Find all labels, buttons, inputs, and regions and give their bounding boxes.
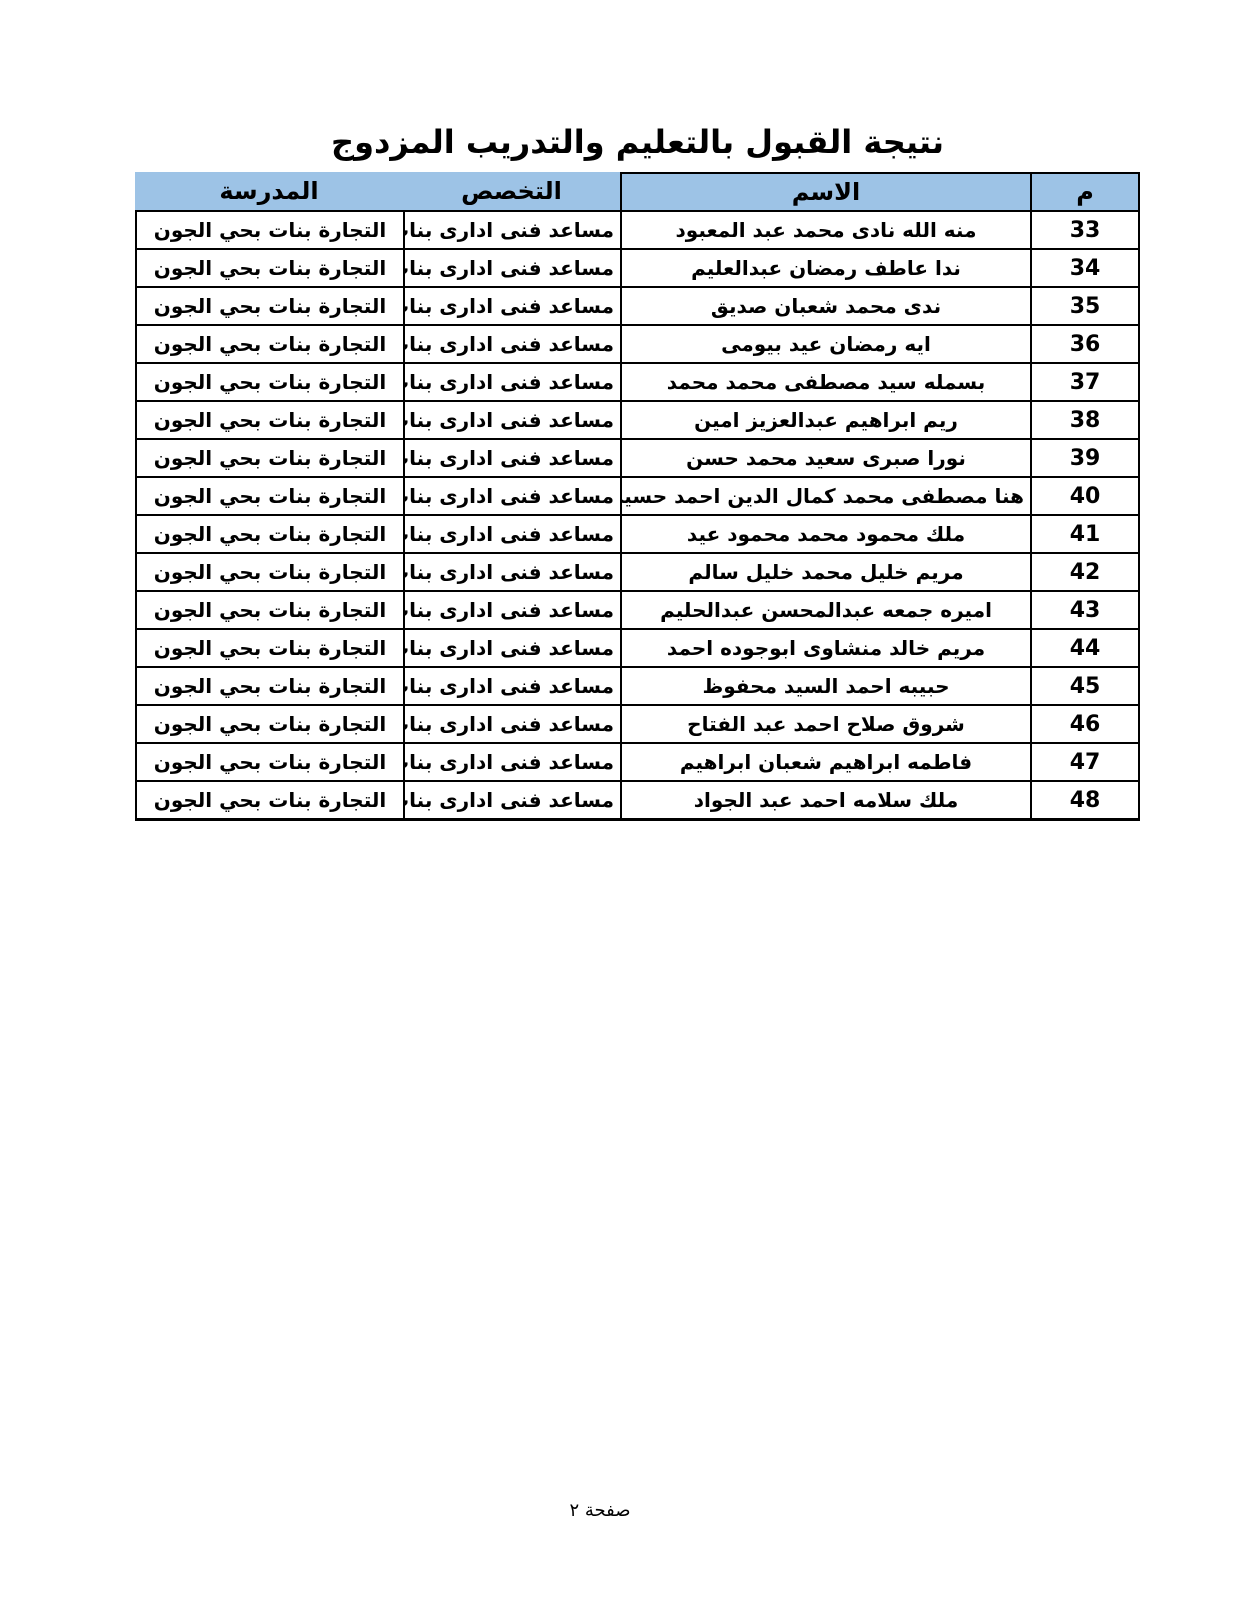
specialization-cell: مساعد فنى ادارى بنات [403,402,620,440]
specialization-cell: مساعد فنى ادارى بنات [403,668,620,706]
name-cell: اميره جمعه عبدالمحسن عبدالحليم [620,592,1030,630]
specialization-cell: مساعد فنى ادارى بنات [403,288,620,326]
specialization-cell: مساعد فنى ادارى بنات [403,706,620,744]
row-number-cell: 41 [1030,516,1140,554]
row-number-cell: 39 [1030,440,1140,478]
school-cell: التجارة بنات بحي الجون [135,250,403,288]
table-row: التجارة بنات بحي الجون مساعد فنى ادارى ب… [135,288,1140,326]
table-row: التجارة بنات بحي الجون مساعد فنى ادارى ب… [135,744,1140,782]
table-row: التجارة بنات بحي الجون مساعد فنى ادارى ب… [135,440,1140,478]
table-row: التجارة بنات بحي الجون مساعد فنى ادارى ب… [135,782,1140,821]
row-number-cell: 38 [1030,402,1140,440]
table-row: التجارة بنات بحي الجون مساعد فنى ادارى ب… [135,554,1140,592]
row-number-cell: 37 [1030,364,1140,402]
specialization-cell: مساعد فنى ادارى بنات [403,630,620,668]
row-number-cell: 33 [1030,210,1140,250]
school-cell: التجارة بنات بحي الجون [135,592,403,630]
row-number-cell: 43 [1030,592,1140,630]
name-cell: مريم خالد منشاوى ابوجوده احمد [620,630,1030,668]
specialization-cell: مساعد فنى ادارى بنات [403,516,620,554]
document-page: نتيجة القبول بالتعليم والتدريب المزدوج ا… [0,0,1236,1600]
name-cell: فاطمه ابراهيم شعبان ابراهيم [620,744,1030,782]
table-row: التجارة بنات بحي الجون مساعد فنى ادارى ب… [135,516,1140,554]
specialization-cell: مساعد فنى ادارى بنات [403,250,620,288]
specialization-cell: مساعد فنى ادارى بنات [403,478,620,516]
table-row: التجارة بنات بحي الجون مساعد فنى ادارى ب… [135,592,1140,630]
school-cell: التجارة بنات بحي الجون [135,478,403,516]
table-row: التجارة بنات بحي الجون مساعد فنى ادارى ب… [135,402,1140,440]
school-cell: التجارة بنات بحي الجون [135,364,403,402]
row-number-cell: 40 [1030,478,1140,516]
school-cell: التجارة بنات بحي الجون [135,668,403,706]
specialization-cell: مساعد فنى ادارى بنات [403,364,620,402]
row-number-cell: 45 [1030,668,1140,706]
school-cell: التجارة بنات بحي الجون [135,402,403,440]
school-cell: التجارة بنات بحي الجون [135,288,403,326]
school-cell: التجارة بنات بحي الجون [135,516,403,554]
school-cell: التجارة بنات بحي الجون [135,744,403,782]
name-cell: ايه رمضان عيد بيومى [620,326,1030,364]
name-cell: حبيبه احمد السيد محفوظ [620,668,1030,706]
name-cell: ريم ابراهيم عبدالعزيز امين [620,402,1030,440]
row-number-cell: 35 [1030,288,1140,326]
school-cell: التجارة بنات بحي الجون [135,326,403,364]
table-body: التجارة بنات بحي الجون مساعد فنى ادارى ب… [135,210,1140,821]
results-table: المدرسة التخصص الاسم م التجارة بنات بحي … [135,172,1140,821]
row-number-cell: 36 [1030,326,1140,364]
header-serial-number: م [1030,172,1140,210]
table-row: التجارة بنات بحي الجون مساعد فنى ادارى ب… [135,326,1140,364]
header-name: الاسم [620,172,1030,210]
name-cell: ندا عاطف رمضان عبدالعليم [620,250,1030,288]
name-cell: مريم خليل محمد خليل سالم [620,554,1030,592]
specialization-cell: مساعد فنى ادارى بنات [403,592,620,630]
row-number-cell: 47 [1030,744,1140,782]
specialization-cell: مساعد فنى ادارى بنات [403,326,620,364]
table-row: التجارة بنات بحي الجون مساعد فنى ادارى ب… [135,706,1140,744]
header-school: المدرسة [135,172,403,210]
name-cell: شروق صلاح احمد عبد الفتاح [620,706,1030,744]
table-row: التجارة بنات بحي الجون مساعد فنى ادارى ب… [135,668,1140,706]
specialization-cell: مساعد فنى ادارى بنات [403,210,620,250]
specialization-cell: مساعد فنى ادارى بنات [403,782,620,821]
row-number-cell: 42 [1030,554,1140,592]
school-cell: التجارة بنات بحي الجون [135,554,403,592]
specialization-cell: مساعد فنى ادارى بنات [403,554,620,592]
school-cell: التجارة بنات بحي الجون [135,706,403,744]
name-cell: نورا صبرى سعيد محمد حسن [620,440,1030,478]
name-cell: ملك سلامه احمد عبد الجواد [620,782,1030,821]
header-row: المدرسة التخصص الاسم م [135,172,1140,210]
row-number-cell: 34 [1030,250,1140,288]
name-cell: ملك محمود محمد محمود عيد [620,516,1030,554]
header-specialization: التخصص [403,172,620,210]
name-cell: ندى محمد شعبان صديق [620,288,1030,326]
school-cell: التجارة بنات بحي الجون [135,210,403,250]
specialization-cell: مساعد فنى ادارى بنات [403,440,620,478]
table-row: التجارة بنات بحي الجون مساعد فنى ادارى ب… [135,478,1140,516]
school-cell: التجارة بنات بحي الجون [135,782,403,821]
name-cell: بسمله سيد مصطفى محمد محمد [620,364,1030,402]
page-footer: صفحة ٢ [0,1500,1200,1521]
name-cell: هنا مصطفى محمد كمال الدين احمد حسين [620,478,1030,516]
table-row: التجارة بنات بحي الجون مساعد فنى ادارى ب… [135,210,1140,250]
row-number-cell: 48 [1030,782,1140,821]
row-number-cell: 46 [1030,706,1140,744]
name-cell: منه الله نادى محمد عبد المعبود [620,210,1030,250]
school-cell: التجارة بنات بحي الجون [135,630,403,668]
specialization-cell: مساعد فنى ادارى بنات [403,744,620,782]
table-row: التجارة بنات بحي الجون مساعد فنى ادارى ب… [135,250,1140,288]
document-title: نتيجة القبول بالتعليم والتدريب المزدوج [135,0,1140,162]
row-number-cell: 44 [1030,630,1140,668]
school-cell: التجارة بنات بحي الجون [135,440,403,478]
table-row: التجارة بنات بحي الجون مساعد فنى ادارى ب… [135,630,1140,668]
table-row: التجارة بنات بحي الجون مساعد فنى ادارى ب… [135,364,1140,402]
